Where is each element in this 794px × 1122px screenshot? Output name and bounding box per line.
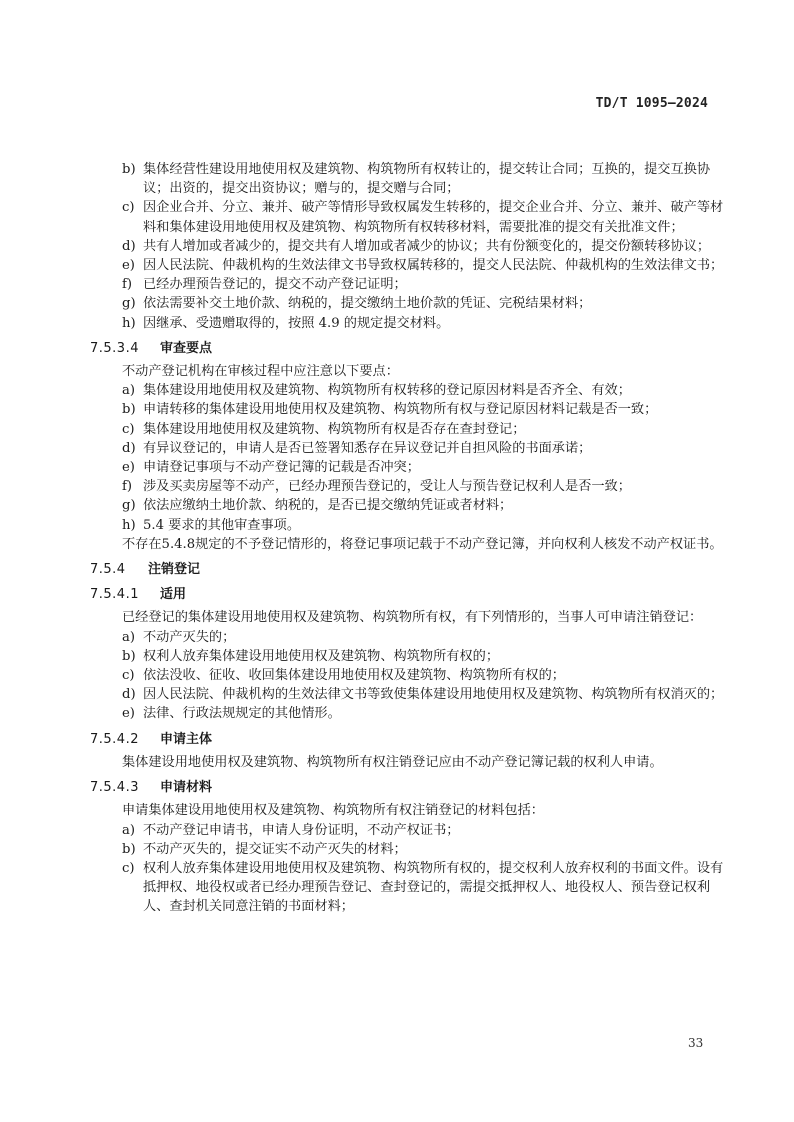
list-label: e) [122, 256, 135, 275]
list-label: a) [122, 381, 135, 400]
paragraph: 申请集体建设用地使用权及建筑物、构筑物所有权注销登记的材料包括： [96, 801, 736, 820]
list-item: b)申请转移的集体建设用地使用权及建筑物、构筑物所有权与登记原因材料记载是否一致… [96, 400, 736, 419]
list-item: c)集体建设用地使用权及建筑物、构筑物所有权是否存在查封登记； [96, 420, 736, 439]
paragraph: 不动产登记机构在审核过程中应注意以下要点： [96, 362, 736, 381]
document-body: b)集体经营性建设用地使用权及建筑物、构筑物所有权转让的，提交转让合同；互换的，… [96, 160, 736, 917]
list-item: b)不动产灭失的，提交证实不动产灭失的材料； [96, 840, 736, 859]
list-text: 申请转移的集体建设用地使用权及建筑物、构筑物所有权与登记原因材料记载是否一致； [143, 402, 657, 417]
list-text: 因继承、受遗赠取得的，按照 4.9 的规定提交材料。 [143, 316, 449, 331]
section-number: 7.5.4.3 [90, 778, 160, 797]
section-number: 7.5.4.1 [90, 585, 160, 604]
section-number: 7.5.4.2 [90, 730, 160, 749]
list-item: c)因企业合并、分立、兼并、破产等情形导致权属发生转移的，提交企业合并、分立、兼… [96, 198, 736, 236]
list-label: c) [122, 666, 135, 685]
list-text: 涉及买卖房屋等不动产，已经办理预告登记的，受让人与预告登记权利人是否一致； [143, 479, 631, 494]
section-heading-7542: 7.5.4.2申请主体 [90, 730, 736, 749]
list-text: 申请登记事项与不动产登记簿的记载是否冲突； [143, 460, 420, 475]
list-label: c) [122, 420, 135, 439]
section-heading-7543: 7.5.4.3申请材料 [90, 778, 736, 797]
section-heading-754: 7.5.4注销登记 [90, 560, 736, 579]
list-label: c) [122, 859, 135, 878]
list-label: f) [122, 275, 132, 294]
list-item: e)申请登记事项与不动产登记簿的记载是否冲突； [96, 458, 736, 477]
list-text: 因人民法院、仲裁机构的生效法律文书等致使集体建设用地使用权及建筑物、构筑物所有权… [143, 687, 723, 702]
list-item: g)依法应缴纳土地价款、纳税的，是否已提交缴纳凭证或者材料； [96, 496, 736, 515]
list-label: d) [122, 685, 136, 704]
list-item: a)不动产登记申请书，申请人身份证明，不动产权证书； [96, 821, 736, 840]
list-text: 集体建设用地使用权及建筑物、构筑物所有权是否存在查封登记； [143, 422, 525, 437]
list-label: g) [122, 294, 136, 313]
list-text: 已经办理预告登记的，提交不动产登记证明； [143, 277, 407, 292]
list-text: 共有人增加或者减少的，提交共有人增加或者减少的协议；共有份额变化的，提交份额转移… [143, 239, 710, 254]
cancellation-cases-list: a)不动产灭失的； b)权利人放弃集体建设用地使用权及建筑物、构筑物所有权的； … [96, 628, 736, 724]
list-label: c) [122, 198, 135, 217]
list-text: 不动产灭失的，提交证实不动产灭失的材料； [143, 842, 407, 857]
standard-code: TD/T 1095—2024 [596, 96, 708, 111]
paragraph: 已经登记的集体建设用地使用权及建筑物、构筑物所有权，有下列情形的，当事人可申请注… [96, 608, 736, 627]
list-label: b) [122, 400, 136, 419]
list-label: f) [122, 477, 132, 496]
section-heading-7534: 7.5.3.4审查要点 [90, 339, 736, 358]
list-item: e)因人民法院、仲裁机构的生效法律文书导致权属转移的，提交人民法院、仲裁机构的生… [96, 256, 736, 275]
list-label: a) [122, 821, 135, 840]
list-text: 依法应缴纳土地价款、纳税的，是否已提交缴纳凭证或者材料； [143, 498, 512, 513]
list-item: a)集体建设用地使用权及建筑物、构筑物所有权转移的登记原因材料是否齐全、有效； [96, 381, 736, 400]
list-item: d)有异议登记的，申请人是否已签署知悉存在异议登记并自担风险的书面承诺； [96, 439, 736, 458]
list-item: d)因人民法院、仲裁机构的生效法律文书等致使集体建设用地使用权及建筑物、构筑物所… [96, 685, 736, 704]
list-text: 依法没收、征收、收回集体建设用地使用权及建筑物、构筑物所有权的； [143, 668, 565, 683]
list-item: b)权利人放弃集体建设用地使用权及建筑物、构筑物所有权的； [96, 647, 736, 666]
list-text: 5.4 要求的其他审查事项。 [143, 518, 300, 533]
review-points-list: a)集体建设用地使用权及建筑物、构筑物所有权转移的登记原因材料是否齐全、有效； … [96, 381, 736, 535]
list-label: b) [122, 647, 136, 666]
list-label: a) [122, 628, 135, 647]
section-title: 申请主体 [160, 732, 212, 747]
list-text: 集体经营性建设用地使用权及建筑物、构筑物所有权转让的，提交转让合同；互换的，提交… [143, 162, 710, 196]
list-item: g)依法需要补交土地价款、纳税的，提交缴纳土地价款的凭证、完税结果材料； [96, 294, 736, 313]
section-title: 审查要点 [160, 341, 212, 356]
list-text: 依法需要补交土地价款、纳税的，提交缴纳土地价款的凭证、完税结果材料； [143, 296, 591, 311]
list-item: d)共有人增加或者减少的，提交共有人增加或者减少的协议；共有份额变化的，提交份额… [96, 237, 736, 256]
list-item: f)涉及买卖房屋等不动产，已经办理预告登记的，受让人与预告登记权利人是否一致； [96, 477, 736, 496]
paragraph: 不存在5.4.8规定的不予登记情形的，将登记事项记载于不动产登记簿，并向权利人核… [96, 535, 736, 554]
page-number: 33 [688, 1036, 703, 1050]
list-label: e) [122, 704, 135, 723]
paragraph: 集体建设用地使用权及建筑物、构筑物所有权注销登记应由不动产登记簿记载的权利人申请… [96, 753, 736, 772]
list-label: b) [122, 160, 136, 179]
cancellation-materials-list: a)不动产登记申请书，申请人身份证明，不动产权证书； b)不动产灭失的，提交证实… [96, 821, 736, 917]
list-item: c)依法没收、征收、收回集体建设用地使用权及建筑物、构筑物所有权的； [96, 666, 736, 685]
section-title: 注销登记 [148, 562, 200, 577]
list-label: e) [122, 458, 135, 477]
list-item: f)已经办理预告登记的，提交不动产登记证明； [96, 275, 736, 294]
section-number: 7.5.3.4 [90, 339, 160, 358]
list-label: h) [122, 314, 136, 333]
list-text: 权利人放弃集体建设用地使用权及建筑物、构筑物所有权的； [143, 649, 499, 664]
list-text: 因企业合并、分立、兼并、破产等情形导致权属发生转移的，提交企业合并、分立、兼并、… [143, 200, 723, 234]
list-label: g) [122, 496, 136, 515]
list-item: c)权利人放弃集体建设用地使用权及建筑物、构筑物所有权的，提交权利人放弃权利的书… [96, 859, 736, 917]
transfer-materials-list: b)集体经营性建设用地使用权及建筑物、构筑物所有权转让的，提交转让合同；互换的，… [96, 160, 736, 333]
section-title: 适用 [160, 587, 186, 602]
list-text: 因人民法院、仲裁机构的生效法律文书导致权属转移的，提交人民法院、仲裁机构的生效法… [143, 258, 723, 273]
list-item: a)不动产灭失的； [96, 628, 736, 647]
list-text: 有异议登记的，申请人是否已签署知悉存在异议登记并自担风险的书面承诺； [143, 441, 591, 456]
list-label: b) [122, 840, 136, 859]
section-number: 7.5.4 [90, 560, 148, 579]
list-label: d) [122, 439, 136, 458]
list-item: e)法律、行政法规规定的其他情形。 [96, 704, 736, 723]
list-text: 集体建设用地使用权及建筑物、构筑物所有权转移的登记原因材料是否齐全、有效； [143, 383, 631, 398]
list-text: 不动产登记申请书，申请人身份证明，不动产权证书； [143, 823, 460, 838]
list-item: h)因继承、受遗赠取得的，按照 4.9 的规定提交材料。 [96, 314, 736, 333]
list-item: b)集体经营性建设用地使用权及建筑物、构筑物所有权转让的，提交转让合同；互换的，… [96, 160, 736, 198]
list-item: h)5.4 要求的其他审查事项。 [96, 516, 736, 535]
list-label: d) [122, 237, 136, 256]
list-text: 法律、行政法规规定的其他情形。 [143, 706, 341, 721]
list-label: h) [122, 516, 136, 535]
section-heading-7541: 7.5.4.1适用 [90, 585, 736, 604]
list-text: 不动产灭失的； [143, 630, 235, 645]
section-title: 申请材料 [160, 780, 212, 795]
list-text: 权利人放弃集体建设用地使用权及建筑物、构筑物所有权的，提交权利人放弃权利的书面文… [143, 861, 723, 914]
